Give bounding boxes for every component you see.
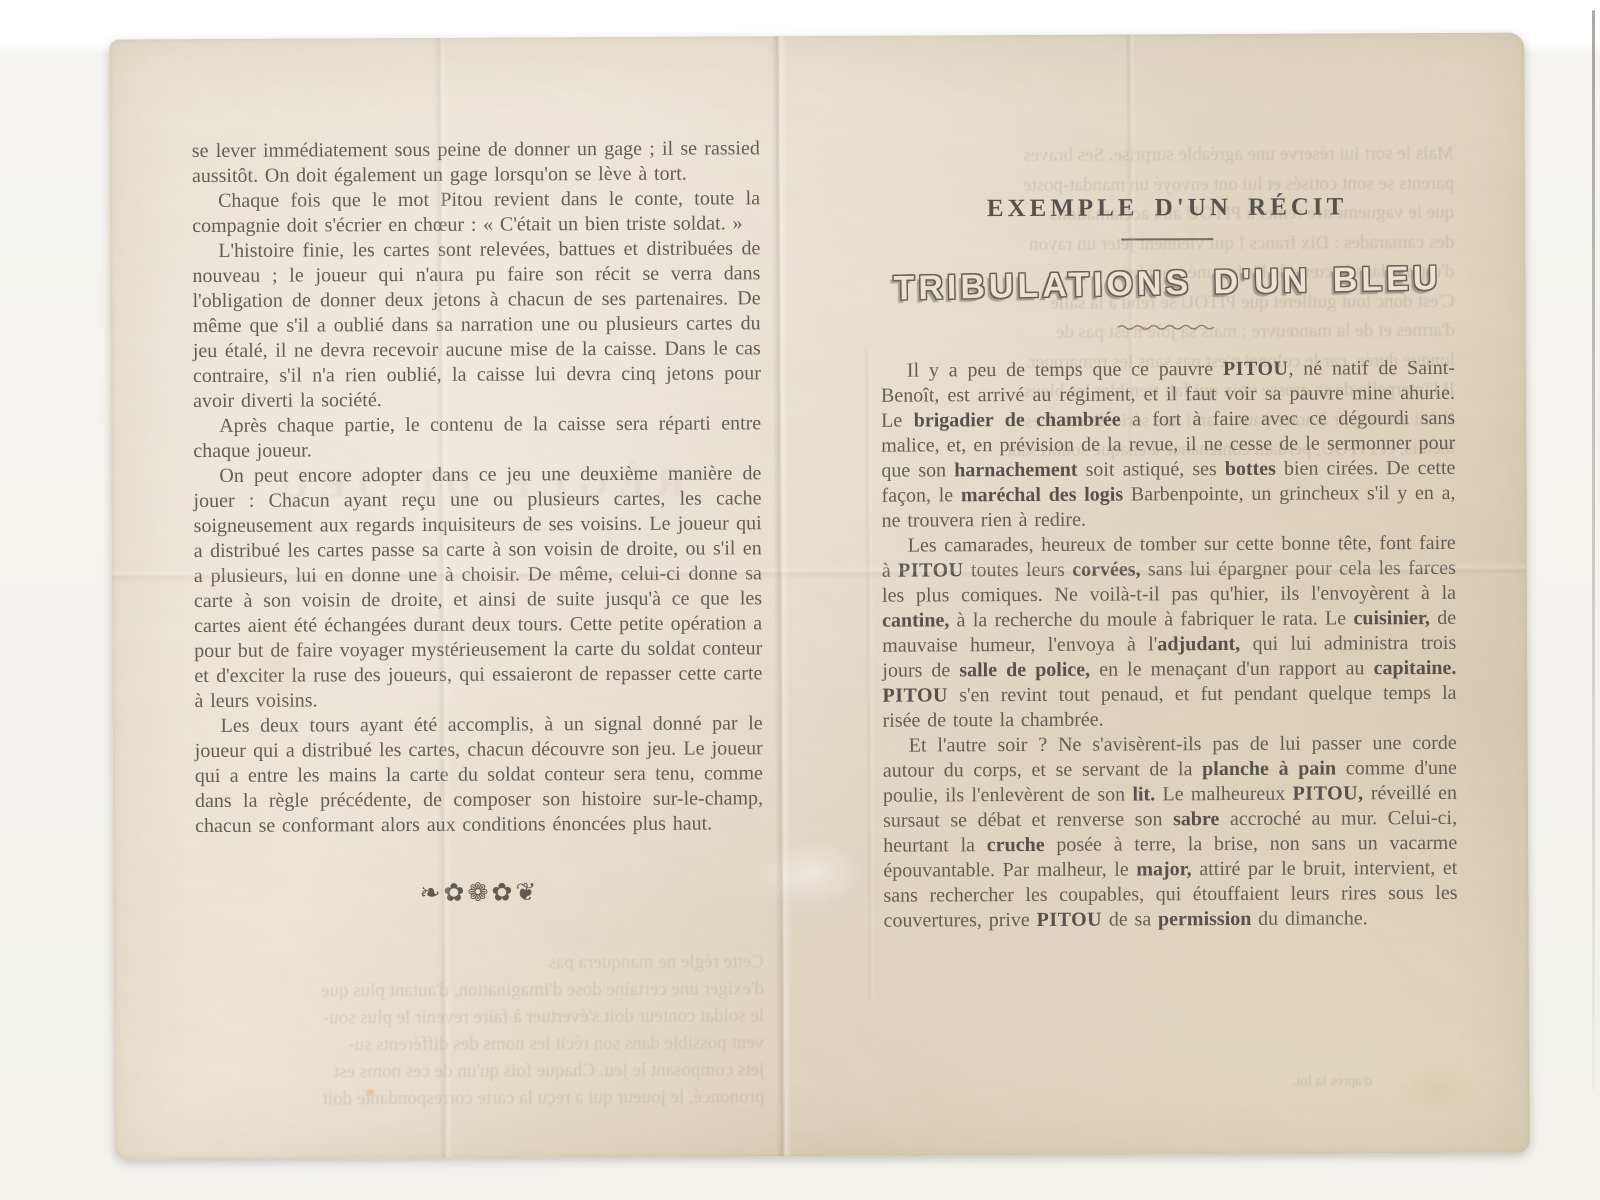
scanner-edge-line <box>1592 10 1595 1090</box>
floral-ornament: ❧✿❁✿❦ <box>195 876 763 908</box>
bleedthrough-line: des camarades : Dix francs ! qui viennen… <box>880 227 1454 259</box>
paragraph: Chaque fois que le mot Pitou revient dan… <box>192 186 760 239</box>
bleedthrough-line: Cette règle ne manquera pas <box>196 948 764 978</box>
bleedthrough-line: Mais le sort lui réserve une agréable su… <box>880 139 1454 171</box>
fold-crease <box>864 349 876 999</box>
paragraph: Les deux tours ayant été accomplis, à un… <box>195 711 764 839</box>
bleedthrough-line: d'après la loi. <box>1292 1073 1372 1090</box>
bleedthrough-line: d'exiger une certaine dose d'imagination… <box>196 975 764 1005</box>
paragraph: Après chaque partie, le contenu de la ca… <box>193 411 761 464</box>
paragraph: se lever immédiatement sous peine de don… <box>192 136 760 189</box>
bleedthrough-line: vent possible dans son récit les noms de… <box>196 1029 764 1059</box>
bleedthrough-line: jets composant le jeu. Chaque fois qu'un… <box>196 1056 764 1086</box>
paragraph: Il y a peu de temps que ce pauvre PITOU,… <box>881 356 1456 534</box>
paragraph: Et l'autre soir ? Ne s'avisèrent-ils pas… <box>883 731 1458 934</box>
left-page-text: se lever immédiatement sous peine de don… <box>192 136 763 839</box>
wavy-divider-icon <box>1116 322 1220 333</box>
left-page: RÈGLE DU JEU Cette règle ne manquera pas… <box>192 136 765 1149</box>
paragraph: L'histoire finie, les cartes sont relevé… <box>192 236 761 414</box>
right-page: Mais le sort lui réserve une agréable su… <box>880 129 1459 1142</box>
right-page-text: Il y a peu de temps que ce pauvre PITOU,… <box>881 356 1458 934</box>
paper-sheet: RÈGLE DU JEU Cette règle ne manquera pas… <box>109 33 1529 1160</box>
paragraph: On peut encore adopter dans ce jeu une d… <box>193 461 762 714</box>
bleedthrough-text: Cette règle ne manquera pasd'exiger une … <box>196 948 765 1113</box>
section-heading: EXEMPLE D'UN RÉCIT <box>880 193 1454 224</box>
bleedthrough-line: le soldat conteur doit s'évertuer à fair… <box>196 1002 764 1032</box>
bleedthrough-line: prononcé, le joueur qui a reçu la carte … <box>196 1083 764 1113</box>
wavy-divider <box>881 318 1455 339</box>
paragraph: Les camarades, heureux de tomber sur cet… <box>882 531 1457 734</box>
